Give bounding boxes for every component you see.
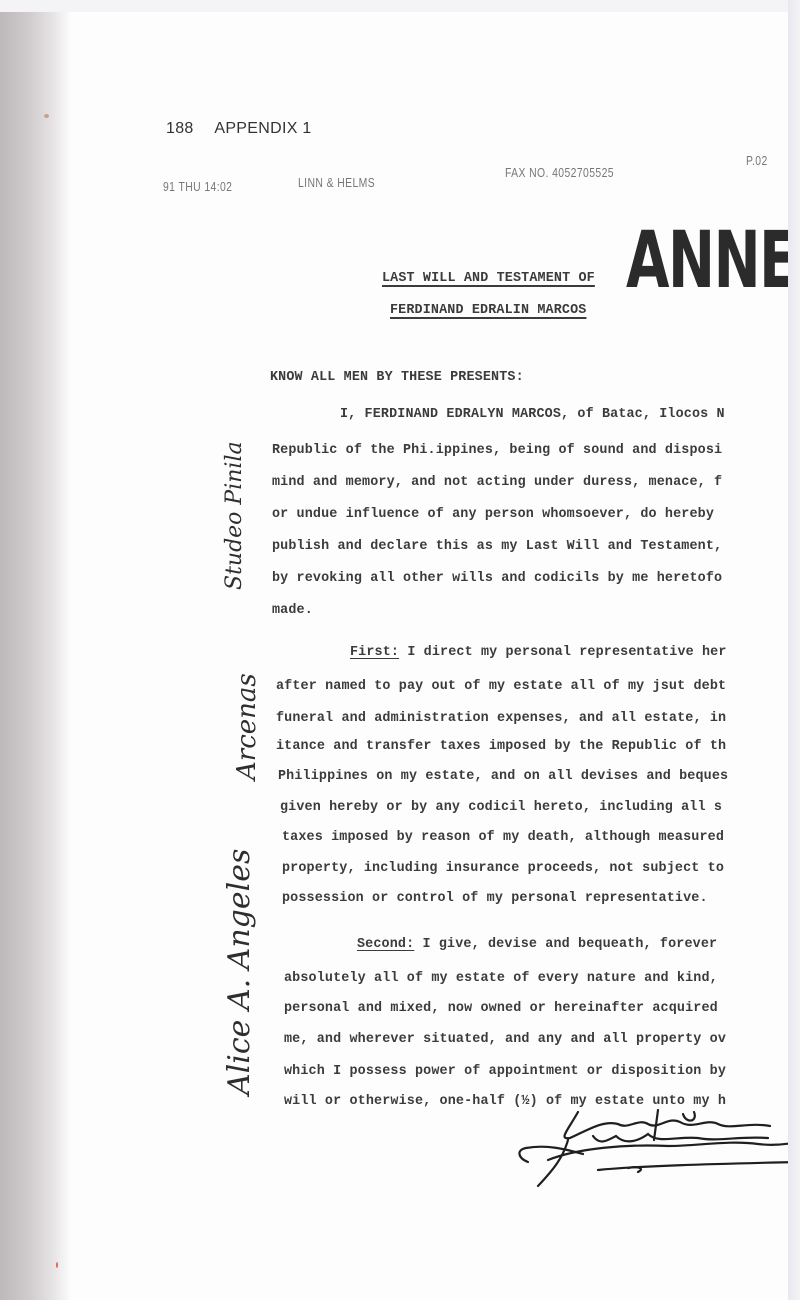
first-heading: First: (350, 645, 399, 660)
right-edge (788, 0, 800, 1300)
salutation: KNOW ALL MEN BY THESE PRESENTS: (270, 370, 524, 385)
first-clause-line: given hereby or by any codicil hereto, i… (280, 800, 722, 815)
preamble-line: or undue influence of any person whomsoe… (272, 507, 714, 522)
preamble-line: mind and memory, and not acting under du… (272, 475, 722, 490)
book-header: 188 APPENDIX 1 (166, 120, 312, 138)
preamble-line: Republic of the Phi.ippines, being of so… (272, 443, 722, 458)
signature-scribble-icon (508, 1100, 788, 1195)
first-clause-lead: First: I direct my personal representati… (350, 645, 727, 660)
preamble-line: made. (272, 603, 313, 618)
witness-signature-1: Alice A. Angeles (222, 849, 257, 1095)
second-clause-line: which I possess power of appointment or … (284, 1064, 726, 1079)
preamble-line: publish and declare this as my Last Will… (272, 539, 722, 554)
first-clause-line: Philippines on my estate, and on all dev… (278, 769, 728, 784)
fax-date-time: 91 THU 14:02 (163, 179, 232, 194)
section-title: APPENDIX 1 (214, 120, 311, 137)
fax-sender: LINN & HELMS (298, 175, 375, 190)
will-title-line1: LAST WILL AND TESTAMENT OF (382, 271, 595, 286)
will-title-line2: FERDINAND EDRALIN MARCOS (390, 303, 586, 318)
first-clause-line: taxes imposed by reason of my death, alt… (282, 830, 724, 845)
second-clause-line: absolutely all of my estate of every nat… (284, 971, 718, 986)
preamble-line: I, FERDINAND EDRALYN MARCOS, of Batac, I… (340, 407, 725, 422)
first-clause-line: property, including insurance proceeds, … (282, 861, 724, 876)
page-number: 188 (166, 120, 194, 137)
fax-number: FAX NO. 4052705525 (505, 165, 614, 180)
document-page: 188 APPENDIX 1 91 THU 14:02 LINN & HELMS… (0, 0, 788, 1300)
witness-signature-2: Arcenas (232, 673, 262, 780)
first-clause-line: after named to pay out of my estate all … (276, 679, 726, 694)
second-clause-lead: Second: I give, devise and bequeath, for… (357, 937, 717, 952)
preamble-line: by revoking all other wills and codicils… (272, 571, 722, 586)
second-heading: Second: (357, 937, 414, 952)
second-lead-text: I give, devise and bequeath, forever (423, 937, 718, 952)
second-clause-line: me, and wherever situated, and any and a… (284, 1032, 726, 1047)
first-lead-text: I direct my personal representative her (407, 645, 726, 660)
first-clause-line: funeral and administration expenses, and… (276, 711, 726, 726)
fax-page: P.02 (746, 153, 768, 168)
testator-signature: Ferdinand E. Marcos (508, 1100, 788, 1200)
second-clause-line: personal and mixed, now owned or hereina… (284, 1001, 718, 1016)
first-clause-line: itance and transfer taxes imposed by the… (276, 739, 726, 754)
witness-signature-3: Studeo Pinila (222, 441, 247, 590)
first-clause-line: possession or control of my personal rep… (282, 891, 708, 906)
annex-stamp: ANNEX (626, 222, 788, 300)
